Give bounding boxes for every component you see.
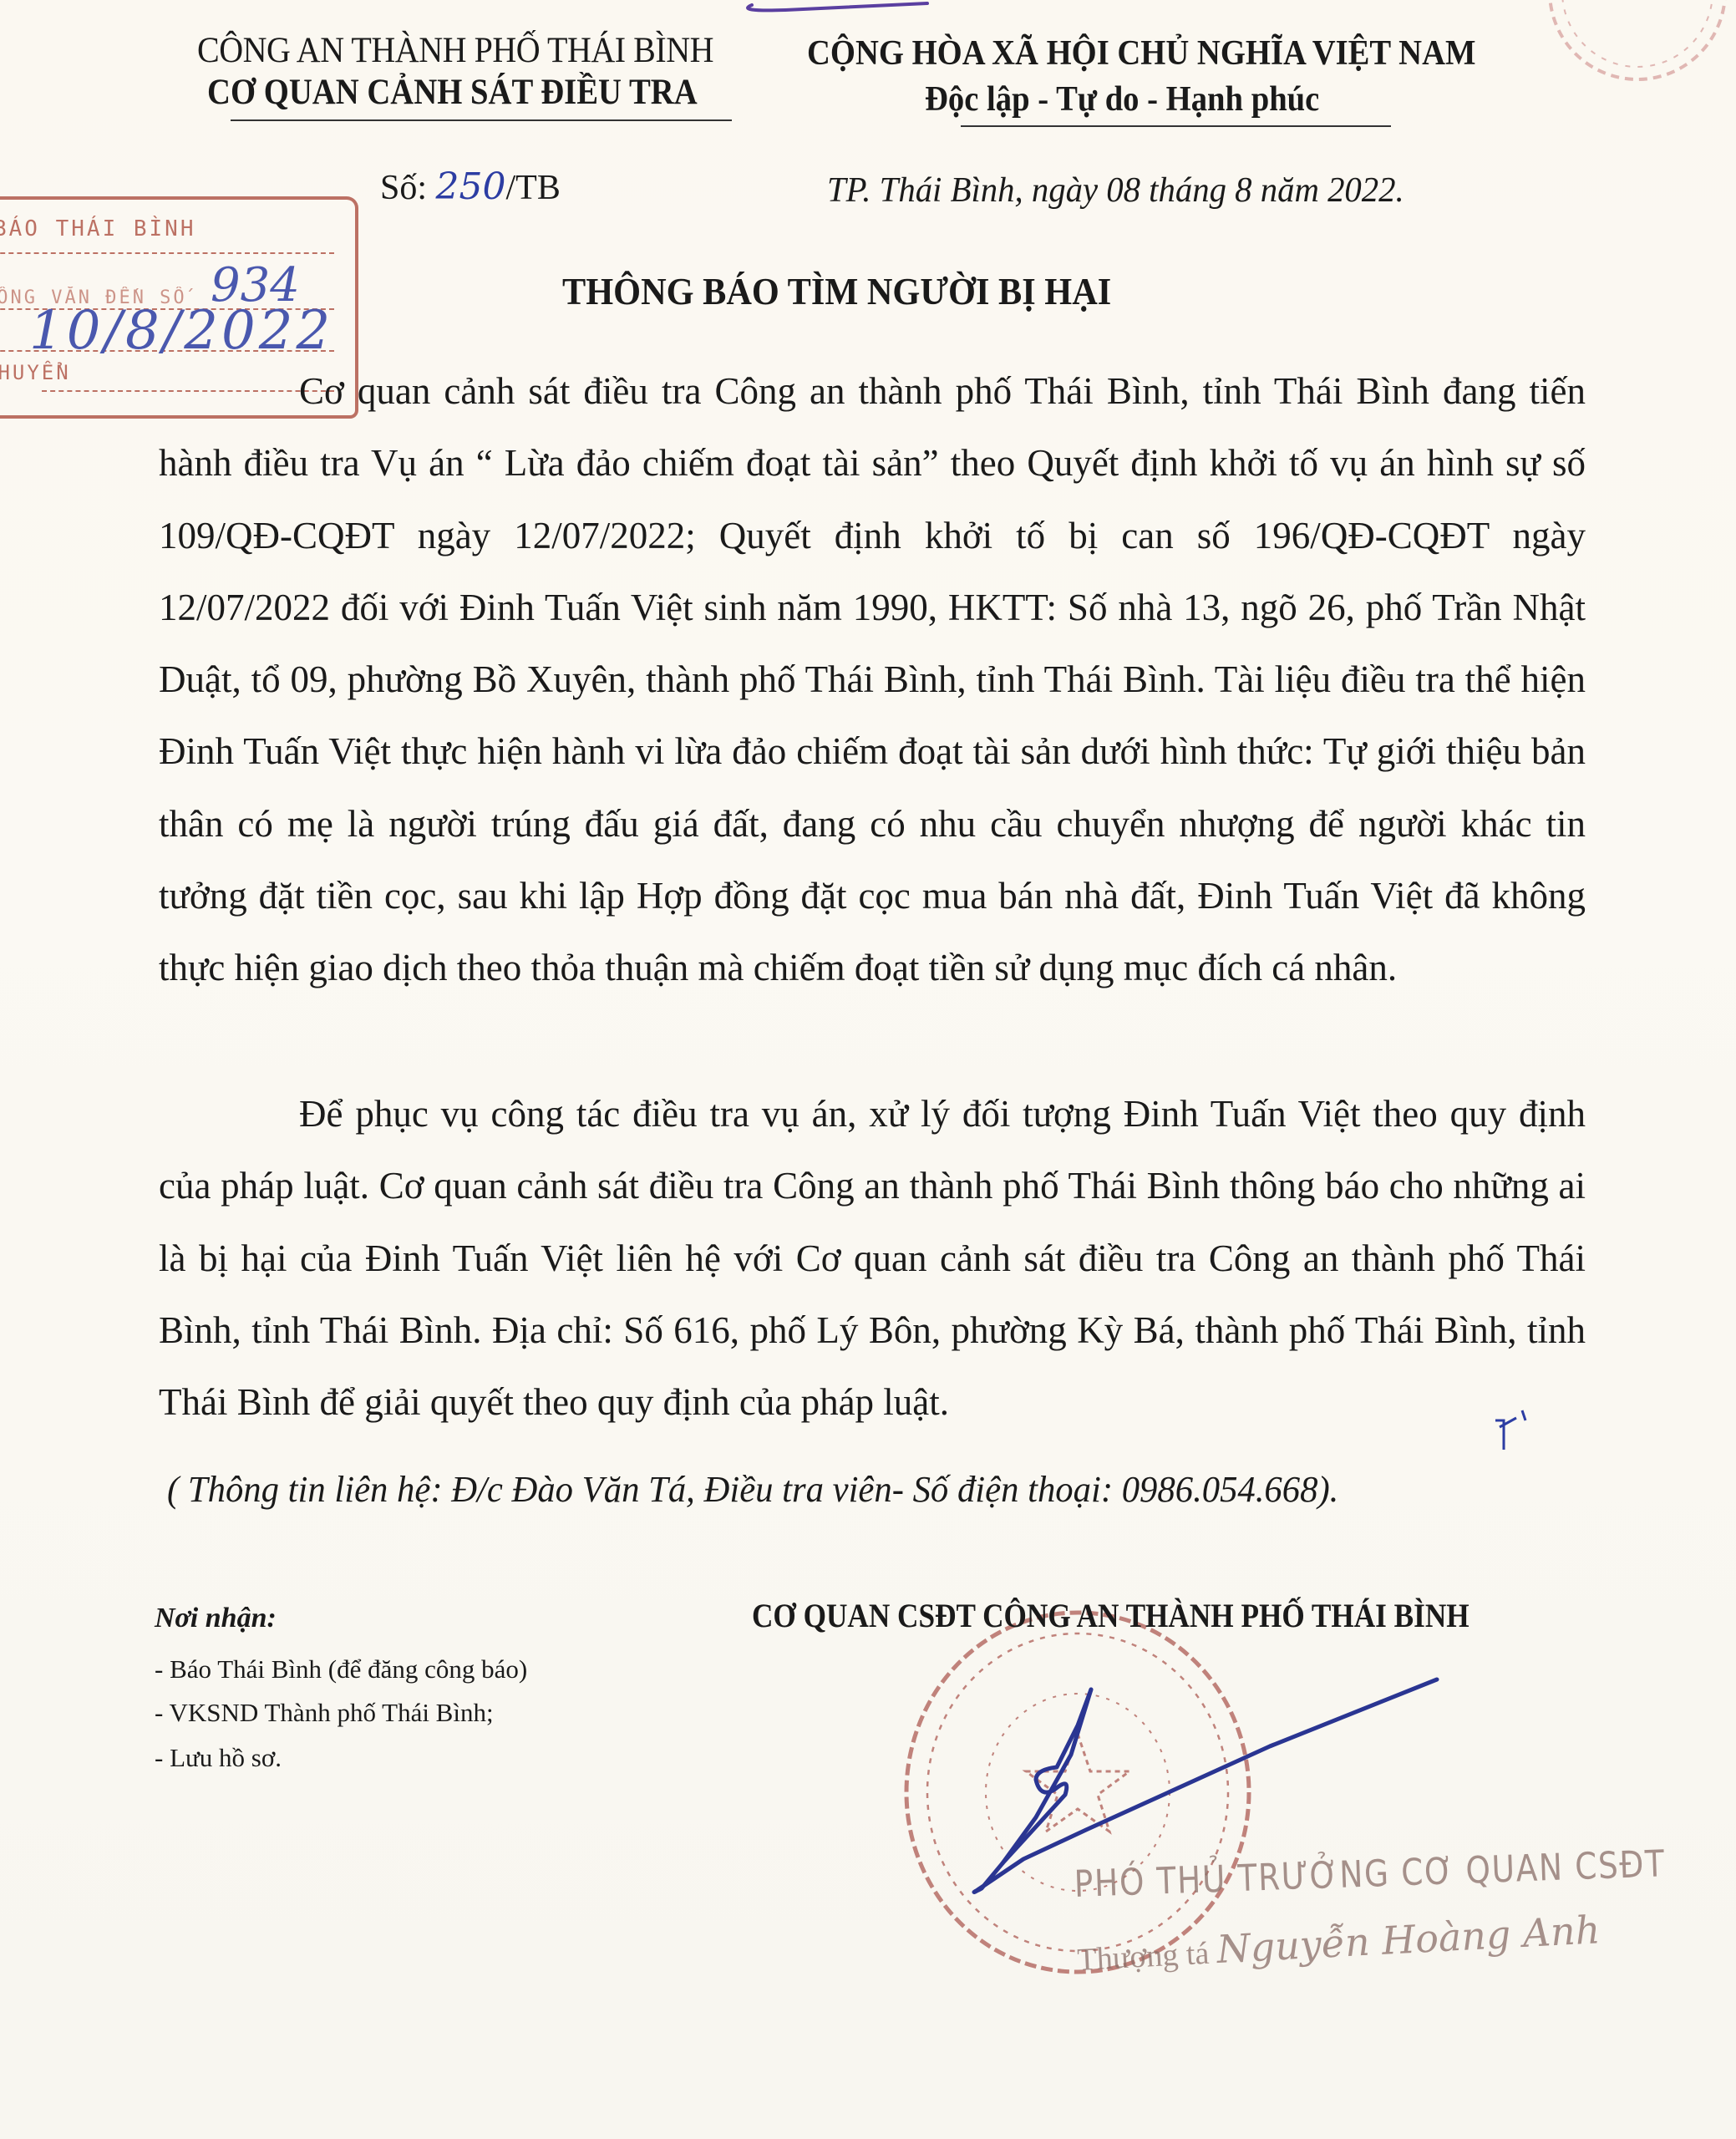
document-title: THÔNG BÁO TÌM NGƯỜI BỊ HẠI: [562, 269, 1111, 313]
pen-stroke: [748, 3, 927, 10]
contact-info: ( Thông tin liên hệ: Đ/c Đào Văn Tá, Điề…: [167, 1468, 1338, 1511]
motto-underline: [961, 125, 1391, 127]
recipients-heading: Nơi nhận:: [155, 1603, 277, 1634]
stamp-label-footer: CHUYỂN: [0, 361, 71, 384]
document-number: Số: 250/TB: [380, 165, 561, 208]
signatory-rank: Thượng tá: [1077, 1936, 1211, 1978]
official-seal: [906, 1613, 1249, 1972]
signatory-name-stamp: Thượng tá Nguyễn Hoàng Anh: [1076, 1907, 1601, 1979]
body-paragraph-1: Cơ quan cảnh sát điều tra Công an thành …: [159, 355, 1586, 1004]
stamp-org: BÁO THÁI BÌNH: [0, 216, 196, 241]
signatory-position: PHÓ THỦ TRƯỞNG CƠ QUAN CSĐT: [1074, 1842, 1666, 1906]
agency-parent: CÔNG AN THÀNH PHỐ THÁI BÌNH: [197, 30, 713, 71]
document-number-prefix: Số:: [380, 169, 436, 207]
country-name: CỘNG HÒA XÃ HỘI CHỦ NGHĨA VIỆT NAM: [807, 33, 1475, 74]
national-motto: Độc lập - Tự do - Hạnh phúc: [925, 79, 1319, 119]
paragraph-1-text: Cơ quan cảnh sát điều tra Công an thành …: [159, 355, 1586, 1004]
stamp-handwritten-date: 10/8/2022: [29, 300, 333, 362]
signatory-name: Nguyễn Hoàng Anh: [1216, 1907, 1601, 1972]
body-paragraph-2: Để phục vụ công tác điều tra vụ án, xử l…: [159, 1078, 1586, 1438]
issue-date: TP. Thái Bình, ngày 08 tháng 8 năm 2022.: [827, 170, 1404, 211]
recipient-item: - Lưu hồ sơ.: [155, 1743, 282, 1773]
document-number-suffix: /TB: [506, 169, 561, 207]
top-right-stamp: [1550, 0, 1725, 79]
agency-underline: [231, 119, 732, 121]
agency-name: CƠ QUAN CẢNH SÁT ĐIỀU TRA: [207, 72, 698, 113]
paragraph-2-text: Để phục vụ công tác điều tra vụ án, xử l…: [159, 1078, 1586, 1438]
recipient-item: - VKSND Thành phố Thái Bình;: [155, 1698, 494, 1728]
document-number-value: 250: [436, 165, 506, 208]
recipient-item: - Báo Thái Bình (để đăng công báo): [155, 1654, 527, 1684]
signature-issuer: CƠ QUAN CSĐT CÔNG AN THÀNH PHỐ THÁI BÌNH: [752, 1596, 1470, 1635]
